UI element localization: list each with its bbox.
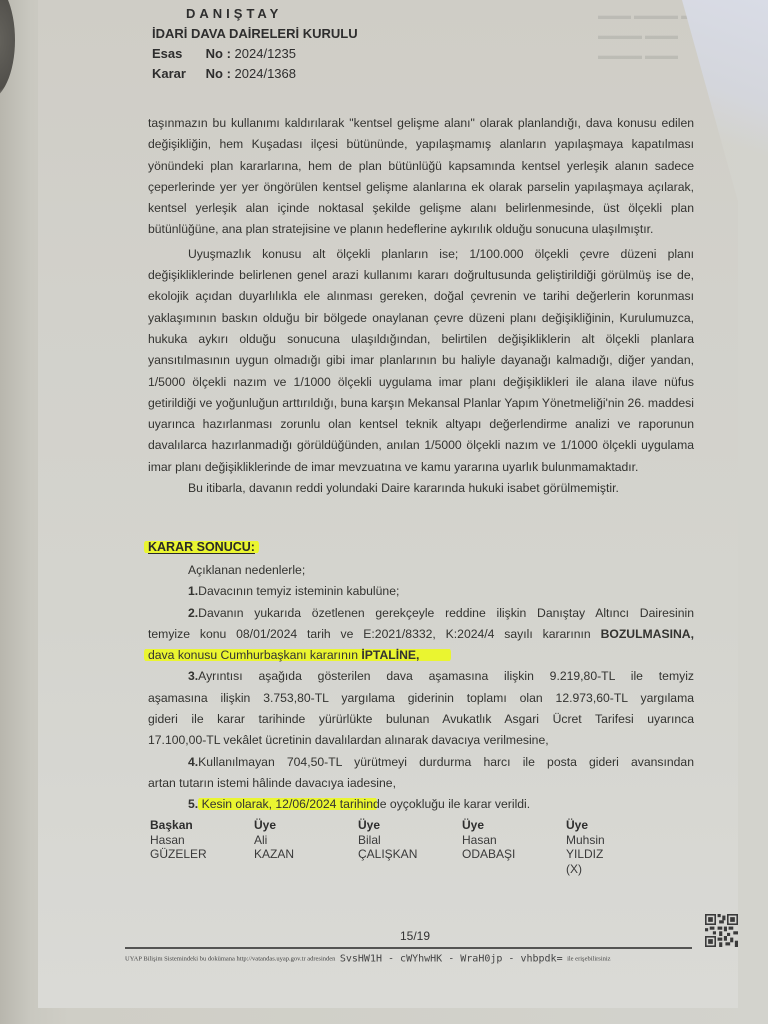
- item-number: 3.: [188, 669, 198, 683]
- signer-chair: Başkan Hasan GÜZELER: [150, 818, 254, 876]
- board-name: İDARİ DAVA DAİRELERİ KURULU: [152, 26, 358, 41]
- signer-first-name: Ali: [254, 833, 358, 848]
- esas-row: Esas No : 2024/1235: [152, 46, 296, 61]
- karar-label: Karar: [152, 66, 202, 81]
- qr-code-icon: [705, 914, 738, 947]
- decision-item-2-line-1: 2.Davanın yukarıda özetlenen gerekçeyle …: [148, 603, 694, 624]
- footer-verification: UYAP Bilişim Sistemindeki bu dokümana ht…: [125, 950, 705, 968]
- item-bold-text: BOZULMASINA,: [601, 627, 694, 641]
- paragraph-1: taşınmazın bu kullanımı kaldırılarak "ke…: [148, 113, 694, 241]
- decision-item-1: 1.Davacının temyiz isteminin kabulüne;: [148, 581, 694, 602]
- decision-title: KARAR SONUCU:: [148, 540, 255, 554]
- signer-role: Başkan: [150, 818, 254, 833]
- karar-no-label: No :: [206, 66, 231, 81]
- signer-role: Üye: [358, 818, 462, 833]
- karar-number: 2024/1368: [235, 66, 296, 81]
- decision-item-2-line-2: temyize konu 08/01/2024 tarih ve E:2021/…: [148, 624, 694, 645]
- signer-last-name: GÜZELER: [150, 847, 254, 862]
- signer-last-name: KAZAN: [254, 847, 358, 862]
- karar-row: Karar No : 2024/1368: [152, 66, 296, 81]
- signature-block: Başkan Hasan GÜZELER Üye Ali KAZAN Üye B…: [150, 818, 670, 876]
- decision-item-4-line-1: 4.Kullanılmayan 704,50-TL yürütmeyi durd…: [148, 752, 694, 773]
- highlighted-text: dava konusu Cumhurbaşkanı kararının İPTA…: [144, 648, 451, 662]
- item-text: dava konusu Cumhurbaşkanı kararının: [148, 648, 358, 662]
- verification-code: SvsHW1H - cWYhwHK - WraH0jp - vhbpdk=: [340, 953, 563, 964]
- background-object: [0, 0, 15, 100]
- footer-prefix: UYAP Bilişim Sistemindeki bu dokümana ht…: [125, 955, 335, 962]
- signer-role: Üye: [254, 818, 358, 833]
- item-text: Kullanılmayan 704,50-TL yürütmeyi durdur…: [198, 755, 694, 769]
- item-text: de oyçokluğu ile karar verildi.: [373, 797, 530, 811]
- esas-label: Esas: [152, 46, 202, 61]
- signer-first-name: Bilal: [358, 833, 462, 848]
- decision-item-5: 5. Kesin olarak, 12/06/2024 tarihinde oy…: [148, 794, 694, 815]
- signer-member-1: Üye Ali KAZAN: [254, 818, 358, 876]
- court-name: DANIŞTAY: [186, 6, 282, 21]
- item-number: 1.: [188, 584, 198, 598]
- reasoning-text: taşınmazın bu kullanımı kaldırılarak "ke…: [148, 113, 694, 499]
- decision-intro: Açıklanan nedenlerle;: [148, 560, 694, 581]
- item-text: temyize konu 08/01/2024 tarih ve E:2021/…: [148, 627, 591, 641]
- decision-item-3-line-1: 3.Ayrıntısı aşağıda gösterilen dava aşam…: [148, 666, 694, 687]
- signer-first-name: Hasan: [150, 833, 254, 848]
- signer-member-3: Üye Hasan ODABAŞI: [462, 818, 566, 876]
- esas-number: 2024/1235: [235, 46, 296, 61]
- footer-suffix: ile erişebilirsiniz: [567, 955, 611, 962]
- decision-item-2-line-3: dava konusu Cumhurbaşkanı kararının İPTA…: [148, 645, 694, 666]
- item-number: 2.: [188, 606, 198, 620]
- decision-item-3-line-4: 17.100,00-TL vekâlet ücretinin davalılar…: [148, 730, 694, 751]
- decision-title-highlight: KARAR SONUCU:: [144, 540, 259, 554]
- signer-member-2: Üye Bilal ÇALIŞKAN: [358, 818, 462, 876]
- paragraph-3: Bu itibarla, davanın reddi yolundaki Dai…: [148, 478, 694, 499]
- dissent-mark: (X): [566, 862, 670, 877]
- item-number: 5.: [188, 797, 198, 811]
- signer-last-name: ÇALIŞKAN: [358, 847, 462, 862]
- signer-last-name: ODABAŞI: [462, 847, 566, 862]
- item-text: Davacının temyiz isteminin kabulüne;: [198, 584, 399, 598]
- footer-divider: [125, 947, 692, 949]
- decision-item-3-line-2: aşamasına ilişkin 3.753,80-TL yargılama …: [148, 688, 694, 709]
- signer-first-name: Hasan: [462, 833, 566, 848]
- item-text: Ayrıntısı aşağıda gösterilen dava aşamas…: [198, 669, 694, 683]
- item-number: 4.: [188, 755, 198, 769]
- signer-first-name: Muhsin: [566, 833, 670, 848]
- esas-no-label: No :: [206, 46, 231, 61]
- paragraph-2: Uyuşmazlık konusu alt ölçekli planların …: [148, 244, 694, 478]
- page-number: 15/19: [400, 929, 430, 943]
- item-bold-text: İPTALİNE,: [361, 648, 419, 662]
- signer-member-4: Üye Muhsin YILDIZ (X): [566, 818, 670, 876]
- decision-item-4-line-2: artan tutarın istemi hâlinde davacıya ia…: [148, 773, 694, 794]
- decision-item-3-line-3: gideri ile karar tarihinde yürürlükte bu…: [148, 709, 694, 730]
- signer-role: Üye: [462, 818, 566, 833]
- signer-last-name: YILDIZ: [566, 847, 670, 862]
- decision-items: Açıklanan nedenlerle; 1.Davacının temyiz…: [148, 560, 694, 816]
- highlighted-text: Kesin olarak, 12/06/2024 tarihin: [198, 797, 377, 811]
- signer-role: Üye: [566, 818, 670, 833]
- item-text: Davanın yukarıda özetlenen gerekçeyle re…: [198, 606, 694, 620]
